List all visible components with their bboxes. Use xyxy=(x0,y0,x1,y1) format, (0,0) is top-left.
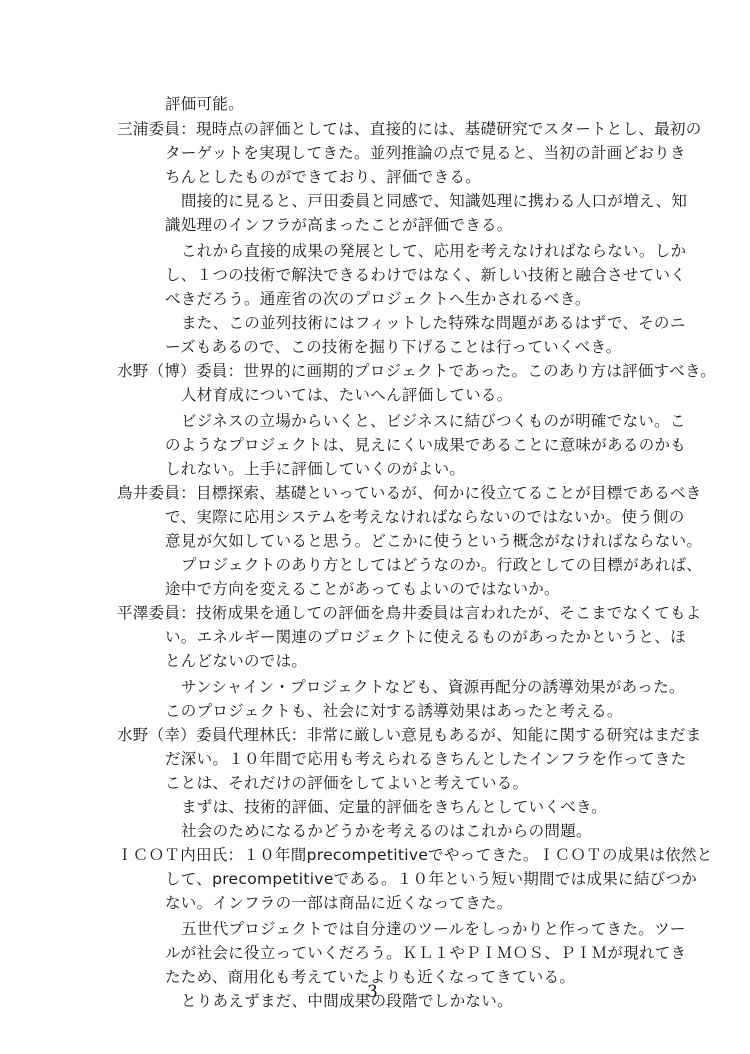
text-line: ルが社会に役立っていくだろう。ＫＬ１やＰＩＭＯＳ、ＰＩＭが現れてき xyxy=(165,943,686,963)
text-line: 鳥井委員：目標探索、基礎といっているが、何かに役立てることが目標であるべき xyxy=(117,483,702,503)
text-line: 三浦委員：現時点の評価としては、直接的には、基礎研究でスタートとし、最初の xyxy=(117,119,702,139)
text-line: ーズもあるので、この技術を掘り下げることは行っていくべき。 xyxy=(165,337,622,357)
text-line: 平澤委員：技術成果を通しての評価を鳥井委員は言われたが、そこまでなくてもよ xyxy=(117,603,702,623)
text-line: のようなプロジェクトは、見えにくい成果であることに意味があるのかも xyxy=(165,435,686,455)
text-line: 社会のためになるかどうかを考えるのはこれからの問題。 xyxy=(181,821,592,841)
text-line: プロジェクトのあり方としてはどうなのか。行政としての目標があれば、 xyxy=(181,555,702,575)
text-line: 五世代プロジェクトでは自分達のツールをしっかりと作ってきた。ツー xyxy=(181,919,686,939)
text-line: だ深い。１０年間で応用も考えられるきちんとしたインフラを作ってきた xyxy=(165,749,686,769)
text-line: で、実際に応用システムを考えなければならないのではないか。使う側の xyxy=(165,507,685,527)
text-line: 水野（博）委員：世界的に画期的プロジェクトであった。このあり方は評価すべき。 xyxy=(117,361,716,381)
text-line: このプロジェクトも、社会に対する誘導効果はあったと考える。 xyxy=(165,701,623,721)
text-line: ちんとしたものができており、評価できる。 xyxy=(165,167,481,187)
text-line: 識処理のインフラが高まったことが評価できる。 xyxy=(165,215,513,235)
text-line: サンシャイン・プロジェクトなども、資源再配分の誘導効果があった。 xyxy=(181,677,685,697)
text-line: し、１つの技術で解決できるわけではなく、新しい技術と融合させていく xyxy=(165,265,686,285)
text-line: ターゲットを実現してきた。並列推論の点で見ると、当初の計画どおりき xyxy=(165,143,686,163)
text-line: また、この並列技術にはフィットした特殊な問題があるはずで、そのニ xyxy=(181,313,686,333)
text-line: ことは、それだけの評価をしてよいと考えている。 xyxy=(165,773,528,793)
text-line: とんどないのでは。 xyxy=(165,651,307,671)
page-number: 3 xyxy=(367,982,378,1002)
text-line: これから直接的成果の発展として、応用を考えなければならない。しか xyxy=(181,241,686,261)
document-page: 評価可能。三浦委員：現時点の評価としては、直接的には、基礎研究でスタートとし、最… xyxy=(0,0,750,1054)
text-line: 人材育成については、たいへん評価している。 xyxy=(181,385,513,405)
text-line: べきだろう。通産省の次のプロジェクトへ生かされるべき。 xyxy=(165,289,591,309)
text-line: ビジネスの立場からいくと、ビジネスに結びつくものが明確でない。こ xyxy=(181,411,686,431)
text-line: とりあえずまだ、中間成果の段階でしかない。 xyxy=(181,991,513,1011)
text-line: しれない。上手に評価していくのがよい。 xyxy=(165,459,465,479)
text-line: して、precompetitiveである。１０年という短い期間では成果に結びつか xyxy=(165,869,697,889)
text-line: 間接的に見ると、戸田委員と同感で、知識処理に携わる人口が増え、知 xyxy=(181,191,687,211)
text-line: 意見が欠如していると思う。どこかに使うという概念がなければならない。 xyxy=(165,531,702,551)
text-line: ない。インフラの一部は商品に近くなってきた。 xyxy=(165,893,513,913)
text-line: まずは、技術的評価、定量的評価をきちんとしていくべき。 xyxy=(181,797,607,817)
text-line: 途中で方向を変えることがあってもよいのではないか。 xyxy=(165,579,560,599)
text-line: ＩＣＯＴ内田氏：１０年間precompetitiveでやってきた。ＩＣＯＴの成果… xyxy=(117,845,713,865)
text-line: い。エネルギー関連のプロジェクトに使えるものがあったかというと、ほ xyxy=(165,627,686,647)
text-line: 評価可能。 xyxy=(165,94,244,114)
text-line: 水野（幸）委員代理林氏：非常に厳しい意見もあるが、知能に関する研究はまだま xyxy=(117,725,702,745)
